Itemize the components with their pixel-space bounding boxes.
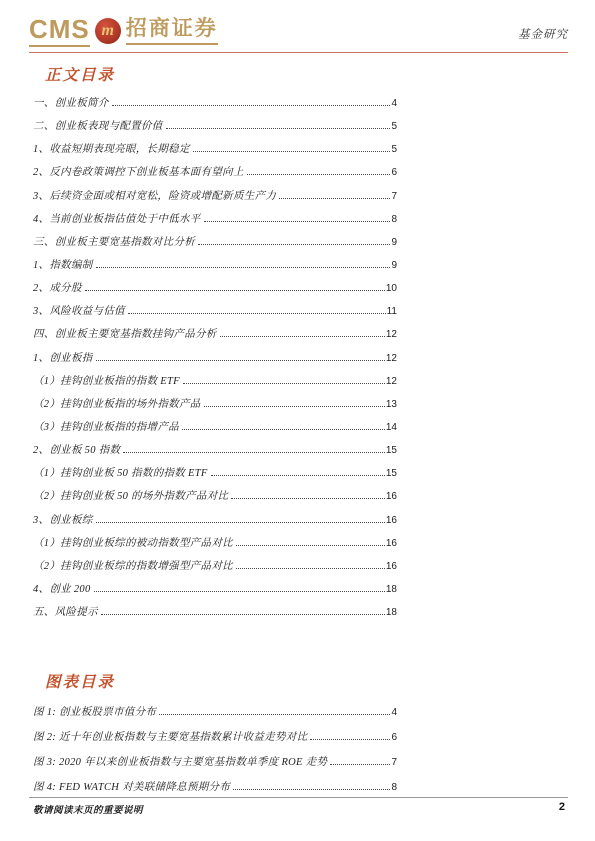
- figure-entry: 图 3: 2020 年以来创业板指数与主要宽基指数单季度 ROE 走势 7: [33, 750, 397, 775]
- dot-leader: [310, 739, 390, 740]
- dot-leader: [128, 313, 386, 314]
- toc-entry-label: 一、创业板简介: [33, 92, 109, 115]
- footer-disclaimer: 敬请阅读末页的重要说明: [33, 802, 143, 816]
- toc-entry: 3、创业板综 16: [33, 509, 397, 532]
- toc-entry-label: 1、创业板指: [33, 347, 93, 370]
- figure-entry-page: 4: [391, 700, 397, 725]
- header-divider: [29, 52, 568, 53]
- figure-entry-label: 图 2: 近十年创业板指数与主要宽基指数累计收益走势对比: [33, 725, 307, 750]
- toc-entry-label: 3、风险收益与估值: [33, 300, 125, 323]
- toc-entry: （1）挂钩创业板指的指数 ETF 12: [33, 370, 397, 393]
- footer-divider: [29, 797, 568, 798]
- dot-leader: [231, 498, 385, 499]
- toc-entry: 五、风险提示 18: [33, 601, 397, 624]
- toc-entry: 2、创业板 50 指数 15: [33, 439, 397, 462]
- page-number: 2: [559, 801, 565, 813]
- figure-entry-label: 图 3: 2020 年以来创业板指数与主要宽基指数单季度 ROE 走势: [33, 750, 327, 775]
- toc-entry: 二、创业板表现与配置价值 5: [33, 115, 397, 138]
- toc-entry-label: 3、创业板综: [33, 509, 93, 532]
- toc-entry-page: 18: [386, 578, 397, 601]
- toc-entry-label: （3）挂钩创业板指的指增产品: [33, 416, 179, 439]
- dot-leader: [204, 406, 385, 407]
- toc-entry-label: （1）挂钩创业板 50 指数的指数 ETF: [33, 462, 208, 485]
- cms-logo: CMS m 招商证券: [29, 16, 218, 47]
- dot-leader: [182, 429, 385, 430]
- toc-entry-page: 5: [391, 115, 397, 138]
- toc-entry-label: 1、指数编制: [33, 254, 93, 277]
- toc-entry-label: （2）挂钩创业板 50 的场外指数产品对比: [33, 485, 228, 508]
- dot-leader: [101, 614, 385, 615]
- toc-entry-page: 5: [391, 138, 397, 161]
- report-header: CMS m 招商证券 基金研究: [29, 16, 568, 47]
- figure-entry: 图 2: 近十年创业板指数与主要宽基指数累计收益走势对比 6: [33, 725, 397, 750]
- toc-entry: 1、创业板指 12: [33, 347, 397, 370]
- dot-leader: [96, 360, 385, 361]
- dot-leader: [330, 764, 390, 765]
- toc-entry-page: 10: [386, 277, 397, 300]
- toc-entry-page: 12: [386, 323, 397, 346]
- toc-entry-page: 9: [391, 231, 397, 254]
- toc-entry-page: 6: [391, 161, 397, 184]
- toc-entry-page: 13: [386, 393, 397, 416]
- figure-entry-page: 6: [391, 725, 397, 750]
- toc-entry-page: 12: [386, 347, 397, 370]
- toc-entry-label: （2）挂钩创业板综的指数增强型产品对比: [33, 555, 233, 578]
- figure-entry-page: 7: [391, 750, 397, 775]
- toc-entry: 三、创业板主要宽基指数对比分析 9: [33, 231, 397, 254]
- dot-leader: [166, 128, 391, 129]
- toc-entry-label: 四、创业板主要宽基指数挂钩产品分析: [33, 323, 217, 346]
- dot-leader: [96, 522, 385, 523]
- toc-entry: 4、当前创业板指估值处于中低水平 8: [33, 208, 397, 231]
- report-page: CMS m 招商证券 基金研究 正文目录 一、创业板简介 4 二、创业板表现与配…: [0, 0, 595, 841]
- toc-entry-page: 16: [386, 532, 397, 555]
- toc-entry: 3、后续资金面或相对宽松，险资或增配新质生产力 7: [33, 185, 397, 208]
- toc-entry: 一、创业板简介 4: [33, 92, 397, 115]
- dot-leader: [236, 568, 385, 569]
- toc-entry-label: 3、后续资金面或相对宽松，险资或增配新质生产力: [33, 185, 276, 208]
- toc-entry-page: 14: [386, 416, 397, 439]
- toc-entry: （2）挂钩创业板综的指数增强型产品对比 16: [33, 555, 397, 578]
- figure-entry: 图 1: 创业板股票市值分布 4: [33, 700, 397, 725]
- toc-title: 正文目录: [45, 63, 115, 85]
- toc-entry-label: 4、创业 200: [33, 578, 91, 601]
- toc-entry-page: 15: [386, 439, 397, 462]
- toc-entry: （2）挂钩创业板指的场外指数产品 13: [33, 393, 397, 416]
- dot-leader: [220, 336, 385, 337]
- toc-entry-page: 4: [391, 92, 397, 115]
- toc-entry-page: 12: [386, 370, 397, 393]
- dot-leader: [247, 174, 391, 175]
- toc-entry-page: 16: [386, 555, 397, 578]
- dot-leader: [183, 383, 385, 384]
- toc-entry-label: （1）挂钩创业板综的被动指数型产品对比: [33, 532, 233, 555]
- toc-entry-page: 16: [386, 485, 397, 508]
- toc-entry: 3、风险收益与估值 11: [33, 300, 397, 323]
- toc-entry: 2、成分股 10: [33, 277, 397, 300]
- toc-entry-page: 8: [391, 208, 397, 231]
- figures-list: 图 1: 创业板股票市值分布 4 图 2: 近十年创业板指数与主要宽基指数累计收…: [33, 700, 397, 800]
- figure-entry-label: 图 1: 创业板股票市值分布: [33, 700, 156, 725]
- dot-leader: [94, 591, 385, 592]
- toc-entry: （1）挂钩创业板综的被动指数型产品对比 16: [33, 532, 397, 555]
- dot-leader: [96, 267, 391, 268]
- dot-leader: [236, 545, 385, 546]
- dot-leader: [85, 290, 385, 291]
- toc-entry: （1）挂钩创业板 50 指数的指数 ETF 15: [33, 462, 397, 485]
- figures-title: 图表目录: [45, 670, 115, 692]
- toc-entry-label: 二、创业板表现与配置价值: [33, 115, 163, 138]
- toc-entry: （3）挂钩创业板指的指增产品 14: [33, 416, 397, 439]
- toc-entry: 四、创业板主要宽基指数挂钩产品分析 12: [33, 323, 397, 346]
- toc-entry-page: 7: [391, 185, 397, 208]
- dot-leader: [211, 475, 385, 476]
- report-category-label: 基金研究: [518, 26, 568, 47]
- dot-leader: [159, 714, 390, 715]
- toc-entry-page: 9: [391, 254, 397, 277]
- dot-leader: [193, 151, 391, 152]
- dot-leader: [123, 452, 385, 453]
- toc-entry-label: 2、成分股: [33, 277, 82, 300]
- toc-list: 一、创业板简介 4 二、创业板表现与配置价值 5 1、收益短期表现亮眼，长期稳定…: [33, 92, 397, 624]
- toc-entry: （2）挂钩创业板 50 的场外指数产品对比 16: [33, 485, 397, 508]
- toc-entry-label: 4、当前创业板指估值处于中低水平: [33, 208, 201, 231]
- brand-name-cn: 招商证券: [126, 18, 218, 45]
- toc-entry-label: （2）挂钩创业板指的场外指数产品: [33, 393, 201, 416]
- toc-entry-page: 11: [387, 300, 397, 323]
- toc-entry: 1、收益短期表现亮眼，长期稳定 5: [33, 138, 397, 161]
- toc-entry-label: 三、创业板主要宽基指数对比分析: [33, 231, 195, 254]
- dot-leader: [204, 221, 391, 222]
- toc-entry-label: （1）挂钩创业板指的指数 ETF: [33, 370, 180, 393]
- dot-leader: [233, 789, 390, 790]
- cms-monogram-icon: m: [95, 18, 121, 44]
- toc-entry-label: 2、反内卷政策调控下创业板基本面有望向上: [33, 161, 244, 184]
- toc-entry-label: 2、创业板 50 指数: [33, 439, 120, 462]
- dot-leader: [112, 105, 391, 106]
- toc-entry: 4、创业 200 18: [33, 578, 397, 601]
- toc-entry: 1、指数编制 9: [33, 254, 397, 277]
- toc-entry: 2、反内卷政策调控下创业板基本面有望向上 6: [33, 161, 397, 184]
- toc-entry-label: 1、收益短期表现亮眼，长期稳定: [33, 138, 190, 161]
- dot-leader: [279, 198, 390, 199]
- toc-entry-label: 五、风险提示: [33, 601, 98, 624]
- cms-wordmark: CMS: [29, 16, 90, 47]
- toc-entry-page: 16: [386, 509, 397, 532]
- toc-entry-page: 18: [386, 601, 397, 624]
- dot-leader: [198, 244, 390, 245]
- toc-entry-page: 15: [386, 462, 397, 485]
